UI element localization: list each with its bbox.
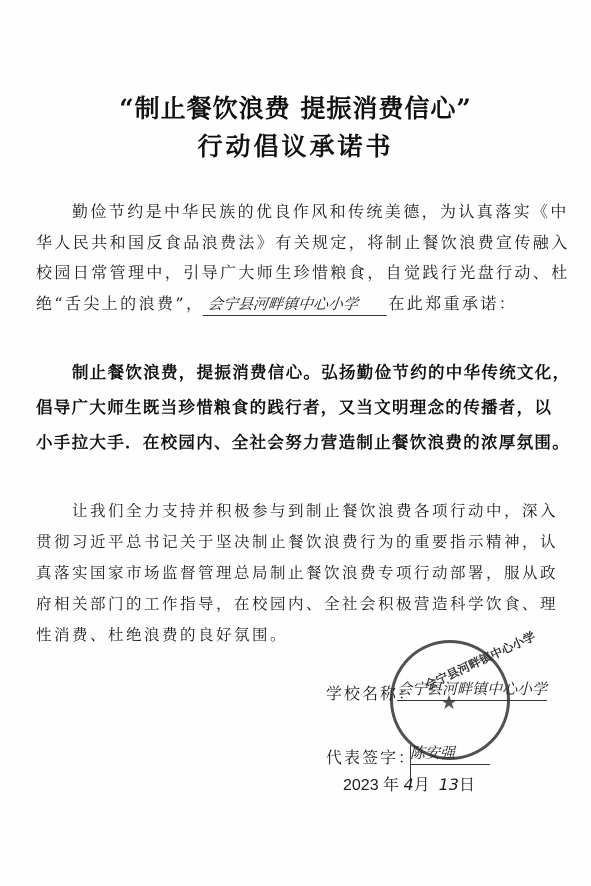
date-day-unit: 日 — [459, 777, 475, 794]
paragraph-line: 性消费、杜绝浪费的良好氛围。 — [36, 620, 564, 651]
paragraph-line: 倡导广大师生既当珍惜粮食的践行者，又当文明理念的传播者，以 — [36, 390, 564, 425]
paragraph-line: 绝“舌尖上的浪费”，会宁县河畔镇中心小学在此郑重承诺： — [36, 289, 564, 320]
date-year: 2023 — [343, 777, 379, 794]
date-month-unit: 月 — [414, 777, 430, 794]
paragraph-line: 府相关部门的工作指导，在校园内、全社会积极营造科学饮食、理 — [36, 589, 564, 620]
paragraph-text: 勤俭节约是中华民族的优良作风和传统美德，为认真落实《中 — [72, 202, 569, 221]
paragraph-action-call: 让我们全力支持并积极参与到制止餐饮浪费各项行动中，深入 贯彻习近平总书记关于坚决… — [36, 496, 564, 651]
paragraph-text: 绝“舌尖上的浪费”， — [36, 294, 204, 313]
paragraph-line: 让我们全力支持并积极参与到制止餐饮浪费各项行动中，深入 — [36, 496, 564, 527]
paragraph-line: 勤俭节约是中华民族的优良作风和传统美德，为认真落实《中 — [36, 197, 564, 228]
paragraph-line: 真落实国家市场监督管理总局制止餐饮浪费专项行动部署，服从政 — [36, 558, 564, 589]
paragraph-line: 校园日常管理中，引导广大师生珍惜粮食，自觉践行光盘行动、杜 — [36, 258, 564, 289]
school-name-signature: 会宁县河畔镇中心小学 — [397, 678, 547, 701]
date-month: 4 — [404, 775, 414, 794]
paragraph-text: 在此郑重承诺： — [388, 294, 517, 313]
paragraph-line: 贯彻习近平总书记关于坚决制止餐饮浪费行为的重要指示精神，认 — [36, 527, 564, 558]
paragraph-text: 制止餐饮浪费，提振消费信心。弘扬勤俭节约的中华传统文化， — [72, 363, 570, 382]
date-year-unit: 年 — [383, 777, 399, 794]
paragraph-line: 制止餐饮浪费，提振消费信心。弘扬勤俭节约的中华传统文化， — [36, 355, 564, 390]
document-title-line1: “制止餐饮浪费 提振消费信心” — [0, 89, 591, 125]
school-name-handwritten: 会宁县河畔镇中心小学 — [203, 293, 389, 316]
paragraph-commitment-intro: 勤俭节约是中华民族的优良作风和传统美德，为认真落实《中 华人民共和国反食品浪费法… — [36, 197, 564, 319]
document-page: “制止餐饮浪费 提振消费信心” 行动倡议承诺书 勤俭节约是中华民族的优良作风和传… — [0, 0, 591, 886]
date-day: 13 — [439, 775, 459, 794]
paragraph-text: 让我们全力支持并积极参与到制止餐饮浪费各项行动中，深入 — [72, 502, 558, 520]
representative-signature-label: 代表签字： — [326, 745, 416, 768]
representative-signature: 陈安强 — [410, 742, 490, 765]
paragraph-commitment-bold: 制止餐饮浪费，提振消费信心。弘扬勤俭节约的中华传统文化， 倡导广大师生既当珍惜粮… — [36, 355, 564, 460]
paragraph-line: 小手拉大手．在校园内、全社会努力营造制止餐饮浪费的浓厚氛围。 — [36, 425, 564, 460]
signature-date: 2023 年 4月 13日 — [343, 772, 475, 795]
document-title-line2: 行动倡议承诺书 — [0, 127, 591, 163]
paragraph-line: 华人民共和国反食品浪费法》有关规定，将制止餐饮浪费宣传融入 — [36, 228, 564, 259]
